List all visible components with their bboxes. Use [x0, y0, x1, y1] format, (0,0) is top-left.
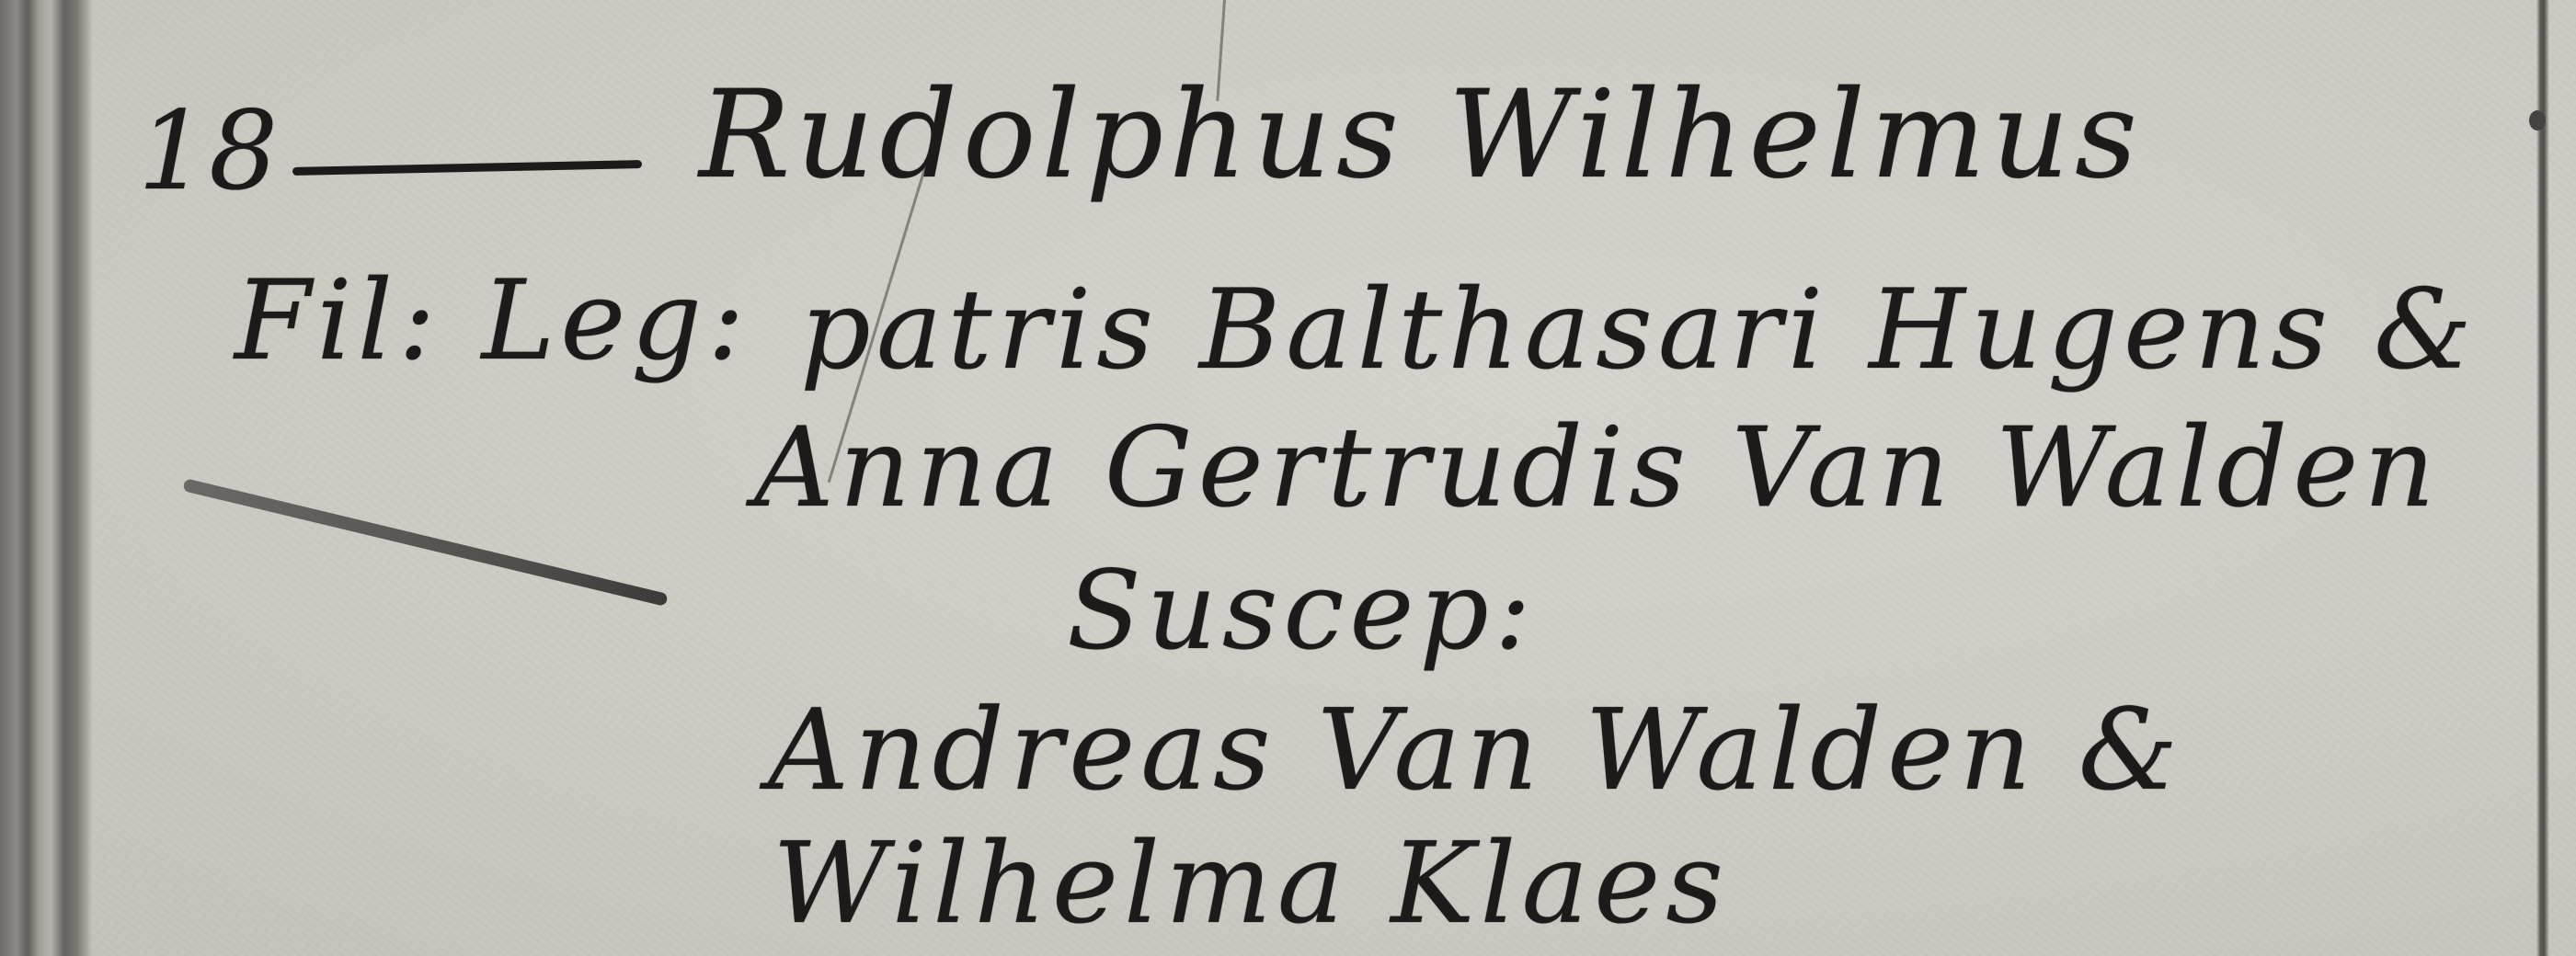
- sponsor-2: Wilhelma Klaes: [773, 818, 1729, 949]
- child-name: Rudolphus Wilhelmus: [699, 64, 2143, 206]
- mother-name: Anna Gertrudis Van Walden: [754, 404, 2441, 532]
- entry-number: 18: [138, 87, 280, 214]
- left-binding-margin: [0, 0, 92, 956]
- right-margin-rule: [2536, 0, 2549, 956]
- legitimacy-note: Fil: Leg:: [235, 257, 750, 385]
- sponsor-1: Andreas Van Walden &: [768, 685, 2183, 815]
- register-page: 18 Rudolphus Wilhelmus Fil: Leg: patris …: [0, 0, 2576, 956]
- ink-blot: [2529, 110, 2546, 131]
- margin-pencil-stroke: [182, 478, 668, 607]
- entry-dash: [292, 160, 642, 176]
- father-name: patris Balthasari Hugens &: [800, 267, 2478, 394]
- sponsors-heading: Suscep:: [1067, 547, 1537, 674]
